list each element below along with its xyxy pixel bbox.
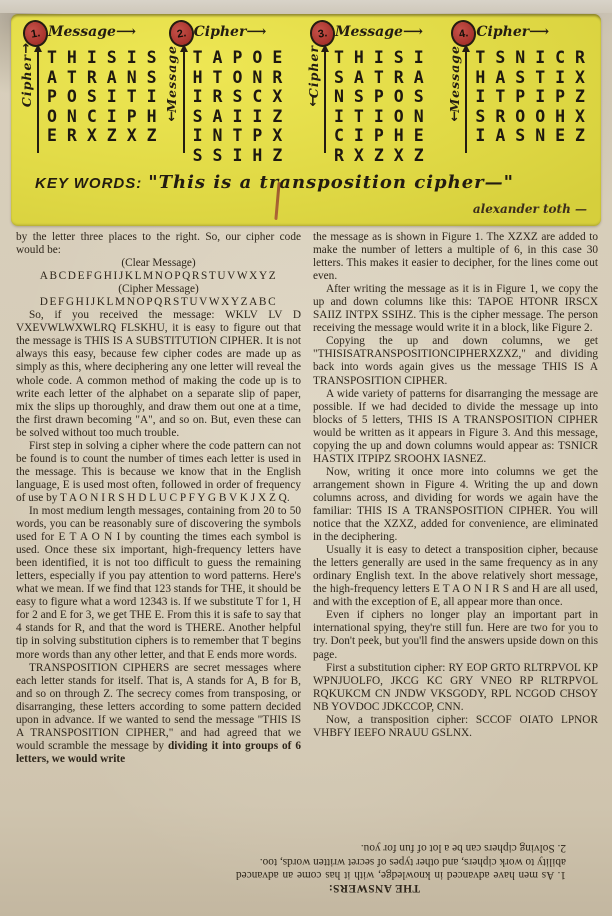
paragraph: After writing the message as it is in Fi… [313,283,598,335]
answer-item: 1. As men have advanced in knowledge, wi… [236,854,566,880]
figures-row: 1. Message⟶ ↑ Cipher THISIS ATRANS POSIT… [11,14,601,171]
grid-row: SSIHZ [193,146,308,166]
paragraph: Even if ciphers no longer play an import… [313,609,598,661]
letter-grid: THISI SATRA NSPOS ITION CIPHE RXZXZ [334,48,449,165]
paragraph-text: TRANSPOSITION CIPHERS are secret message… [16,662,301,752]
grid-row: IASNEZ [475,126,595,146]
cipher-alphabet: DEFGHIJKLMNOPQRSTUVWXYZABC [16,296,301,309]
grid-row: THISIS [47,48,167,68]
side-label-text: Cipher [306,45,321,98]
grid-row: ITPIPZ [475,87,595,107]
letter-grid: TAPOE HTONR IRSCX SAIIZ INTPX SSIHZ [193,48,308,165]
grid-row: HTONR [193,68,308,88]
grid-row: SATRA [334,68,449,88]
paragraph: A wide variety of patterns for disarrang… [313,388,598,466]
figure-1: 1. Message⟶ ↑ Cipher THISIS ATRANS POSIT… [21,21,167,171]
column-direction-arrow-icon [324,51,326,153]
paragraph: Now, writing it once more into columns w… [313,466,598,544]
figures-panel: 1. Message⟶ ↑ Cipher THISIS ATRANS POSIT… [11,14,601,226]
side-arrow-icon: ↑ [21,45,32,54]
magazine-page-scan: 1. Message⟶ ↑ Cipher THISIS ATRANS POSIT… [0,0,612,916]
column-direction-arrow-icon [183,51,185,153]
grid-row: HASTIX [475,68,595,88]
column-direction-arrow-icon [465,51,467,153]
grid-row: RXZXZ [334,146,449,166]
paragraph: First step in solving a cipher where the… [16,440,301,505]
figure-top-label: Message⟶ [335,21,449,48]
letter-grid: THISIS ATRANS POSITI ONCIPH ERXZXZ [47,48,167,146]
grid-row: ATRANS [47,68,167,88]
grid-row: NSPOS [334,87,449,107]
figure-top-label-text: Cipher [476,24,529,40]
side-label-text: Message [164,45,179,113]
grid-row: THISI [334,48,449,68]
grid-row: SROOHX [475,107,595,127]
paragraph: TRANSPOSITION CIPHERS are secret message… [16,662,301,766]
figure-2: 2. Cipher⟶ Message ↓ TAPOE HTONR IRSCX S… [167,21,308,171]
article-right-column: the message as is shown in Figure 1. The… [313,231,598,766]
paragraph: the message as is shown in Figure 1. The… [313,231,598,283]
upside-down-answers: THE ANSWERS: 1. As men have advanced in … [228,841,572,894]
side-label-text: Cipher [19,54,34,107]
figure-top-label-text: Cipher [194,24,247,40]
figure-3: 3. Message⟶ Cipher ↓ THISI SATRA NSPOS I… [308,21,449,171]
figure-top-label: Cipher⟶ [194,21,308,48]
paragraph: Now, a transposition cipher: SCCOF OIATO… [313,714,598,740]
column-direction-arrow-icon [37,51,39,153]
figure-top-label: Cipher⟶ [476,21,595,48]
right-arrow-icon: ⟶ [116,24,134,40]
paragraph: So, if you received the message: WKLV LV… [16,309,301,439]
scan-edge [0,0,612,13]
figure-top-label-text: Message [335,24,403,40]
article-body: by the letter three places to the right.… [16,231,598,766]
grid-row: TSNICR [475,48,595,68]
letter-grid: TSNICR HASTIX ITPIPZ SROOHX IASNEZ [475,48,595,146]
grid-row: IRSCX [193,87,308,107]
figure-side-label: ↑ Cipher [18,45,34,167]
answers-heading: THE ANSWERS: [228,881,572,894]
side-label-text: Message [447,45,462,113]
clear-message-label: (Clear Message) [16,257,301,270]
grid-row: INTPX [193,126,308,146]
grid-row: ERXZXZ [47,126,167,146]
grid-row: TAPOE [193,48,308,68]
grid-row: POSITI [47,87,167,107]
side-arrow-icon: ↓ [449,113,460,122]
clear-alphabet: ABCDEFGHIJKLMNOPQRSTUVWXYZ [16,270,301,283]
grid-row: CIPHE [334,126,449,146]
key-words: KEY WORDS: "This is a transposition ciph… [35,172,514,193]
grid-row: SAIIZ [193,107,308,127]
right-arrow-icon: ⟶ [529,24,547,40]
figure-top-label: Message⟶ [48,21,167,48]
key-words-label: KEY WORDS: [35,175,142,192]
figure-4: 4. Cipher⟶ Message ↓ TSNICR HASTIX ITPIP… [449,21,595,171]
figure-side-label: Message ↓ [164,45,180,167]
artist-signature: alexander toth — [473,202,587,216]
figure-top-label-text: Message [48,24,116,40]
paragraph: by the letter three places to the right.… [16,231,301,257]
answer-item: 2. Solving ciphers can be a lot of fun f… [236,841,566,854]
key-words-script: "This is a transposition cipher—" [148,172,514,193]
grid-row: ONCIPH [47,107,167,127]
paragraph: In most medium length messages, containi… [16,505,301,662]
side-arrow-icon: ↓ [308,98,319,107]
figure-side-label: Cipher ↓ [305,45,321,167]
side-arrow-icon: ↓ [166,113,177,122]
right-arrow-icon: ⟶ [246,24,264,40]
paragraph: Usually it is easy to detect a transposi… [313,544,598,609]
cipher-message-label: (Cipher Message) [16,283,301,296]
paragraph: Copying the up and down columns, we get … [313,335,598,387]
right-arrow-icon: ⟶ [403,24,421,40]
figure-side-label: Message ↓ [446,45,462,167]
paragraph: First a substitution cipher: RY EOP GRTO… [313,662,598,714]
article-left-column: by the letter three places to the right.… [16,231,301,766]
grid-row: ITION [334,107,449,127]
